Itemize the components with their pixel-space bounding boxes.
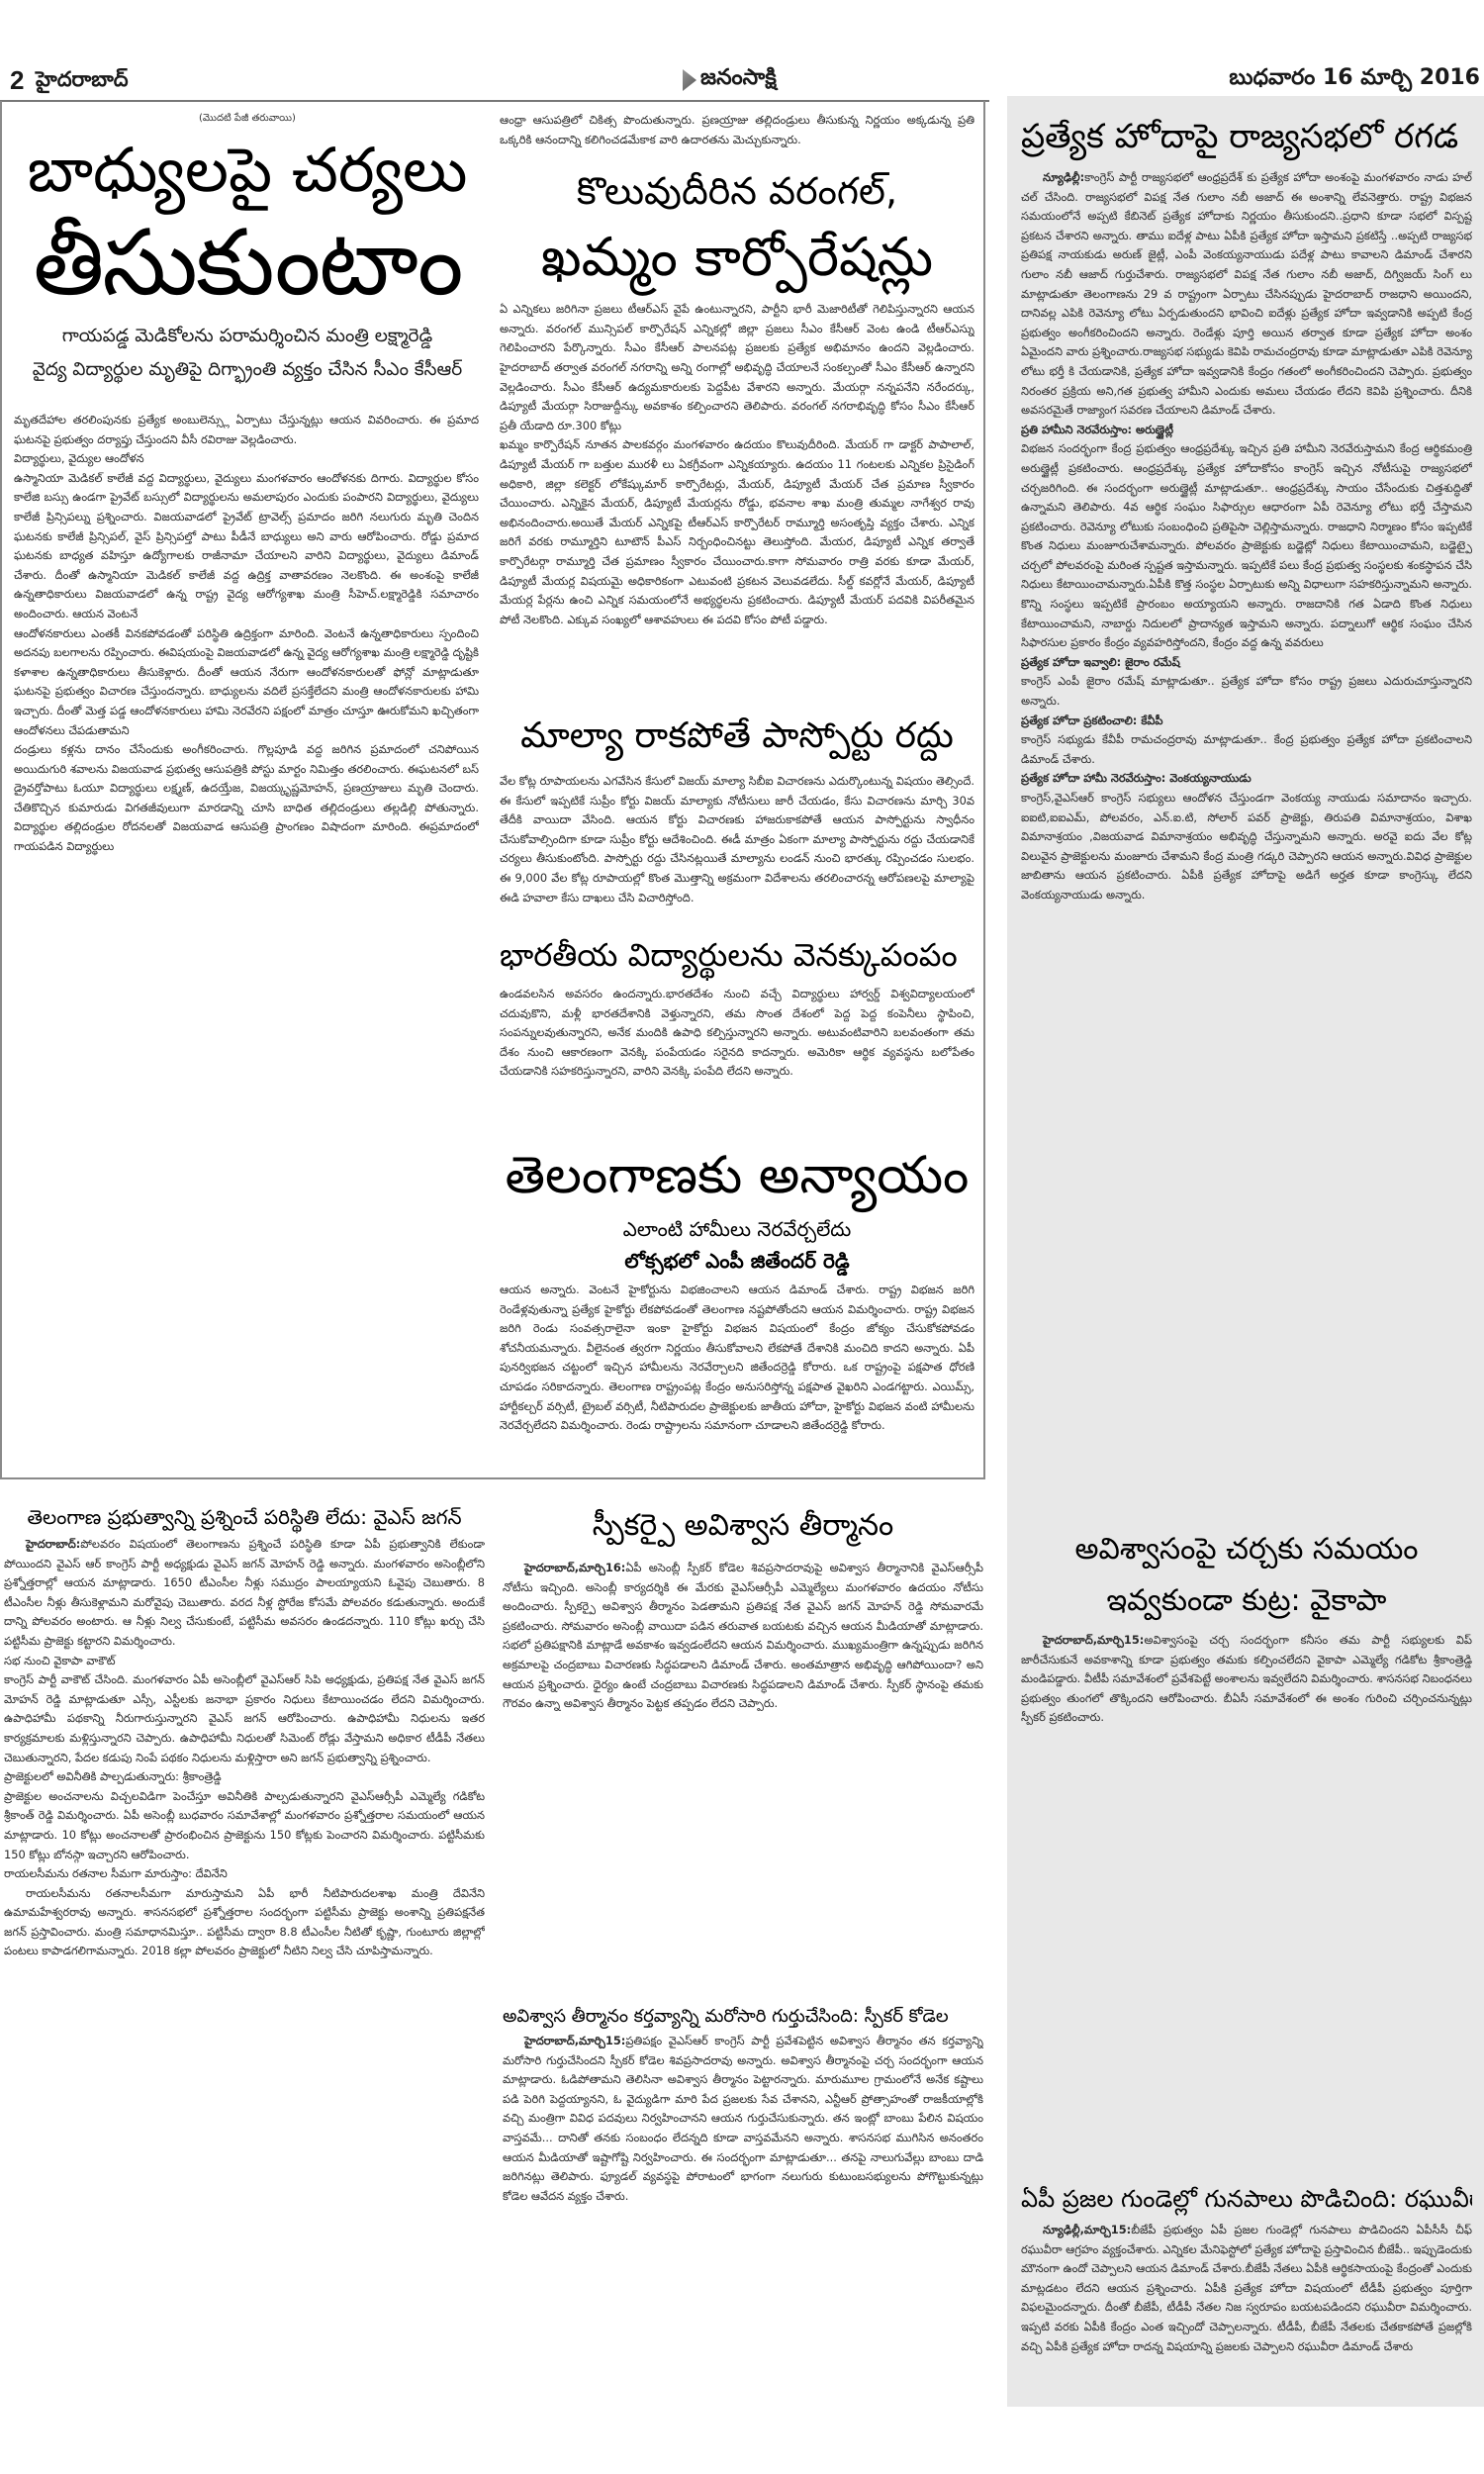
subsection-body-kvp: కాంగ్రెస్ సభ్యుడు కేవీపీ రామచంద్రరావు మా… xyxy=(1021,730,1472,769)
logo-mark-icon xyxy=(683,69,696,91)
rajyasabha-headline: ప్రత్యేక హోదాపై రాజ్యసభలో రగడ xyxy=(1021,109,1472,164)
rajyasabha-para-1: కాంగ్రెస్ పార్టీ రాజ్యసభలో ఆంధ్రప్రదేశ్ … xyxy=(1021,170,1472,417)
lead-para-2: ఉస్మానియా మెడికల్ కాలేజీ వద్ద విద్యార్థు… xyxy=(14,469,479,624)
jagan-para-2: కాంగ్రెస్ పార్టీ వాకౌట్ చేసింది. మంగళవార… xyxy=(4,1670,485,1767)
speaker-story: స్పీకర్పై అవిశ్వాస తీర్మానం హైదరాబాద్,మా… xyxy=(503,1499,983,1974)
lead-subsection-title: విద్యార్థులు, వైద్యుల ఆందోళన xyxy=(14,449,479,469)
subsection-body-jaitley: విభజన సందర్భంగా కేంద్ర ప్రభుత్వం ఆంధ్రప్… xyxy=(1021,439,1472,653)
middle-top-column: ఆంధ్రా ఆసుపత్రిలో చికిత్స పొందుతున్నారు.… xyxy=(500,111,974,656)
logo-text: జనంసాక్షి xyxy=(700,65,777,95)
corporations-body: ఏ ఎన్నికలు జరిగినా ప్రజలు టీఆర్ఎస్ వైపే … xyxy=(500,300,974,656)
jagan-headline: తెలంగాణ ప్రభుత్వాన్ని ప్రశ్నించే పరిస్థి… xyxy=(4,1499,485,1535)
telangana-subhead-2: లోక్సభలో ఎంపీ జితేందర్ రెడ్డి xyxy=(500,1245,974,1277)
no-confidence-dateline: హైదరాబాద్,మార్చి15: xyxy=(1043,1633,1144,1647)
middle-continuation: ఆంధ్రా ఆసుపత్రిలో చికిత్స పొందుతున్నారు.… xyxy=(500,111,974,149)
no-confidence-headline-1: అవిశ్వాసంపై చర్చకు సమయం xyxy=(1021,1524,1472,1575)
speaker-dateline: హైదరాబాద్,మార్చి16: xyxy=(524,1561,625,1574)
corporations-para-1: ఏ ఎన్నికలు జరిగినా ప్రజలు టీఆర్ఎస్ వైపే … xyxy=(500,300,974,435)
kodela-dateline: హైదరాబాద్,మార్చి15: xyxy=(524,2034,625,2047)
mallya-story: మాల్యా రాకపోతే పాస్పోర్టు రద్దు వేల కోట్… xyxy=(500,705,974,907)
kodela-headline: అవిశ్వాస తీర్మానం కర్తవ్యాన్ని మరోసారి గ… xyxy=(503,2002,983,2032)
lead-headline-line2: తీసుకుంటాం xyxy=(10,211,485,316)
issue-date: బుధవారం 16 మార్చి 2016 xyxy=(1229,65,1480,95)
raghuveera-body: న్యూఢిల్లీ,మార్చి15:బీజేపీ ప్రభుత్వం ఏపీ… xyxy=(1021,2221,1472,2356)
jagan-body: హైదరాబాద్:పోలవరం విషయంలో తెలంగాణను ప్రశ్… xyxy=(4,1535,485,1961)
no-confidence-headline-2: ఇవ్వకుండా కుట్ర: వైకాపా xyxy=(1021,1575,1472,1627)
no-confidence-time-story: అవిశ్వాసంపై చర్చకు సమయం ఇవ్వకుండా కుట్ర:… xyxy=(1021,1524,1472,1728)
lead-para-3: ఆందోళనకారులు ఎంతకీ వినకపోవడంతో పరిస్థితి… xyxy=(14,624,479,741)
masthead: 2 హైదరాబాద్ జనంసాక్షి బుధవారం 16 మార్చి … xyxy=(0,61,1484,99)
subsection-body-venkaiah: కాంగ్రెస్,వైఎస్ఆర్ కాంగ్రెస్ సభ్యులు ఆంద… xyxy=(1021,789,1472,905)
mallya-body: వేల కోట్ల రూపాయలను ఎగవేసిన కేసులో విజయ్ … xyxy=(500,772,974,907)
corporations-headline-line1: కొలువుదీరిన వరంగల్, xyxy=(500,163,974,219)
kodela-body: హైదరాబాద్,మార్చి15:ప్రతిపక్షం వైఎస్ఆర్ క… xyxy=(503,2032,983,2206)
raghuveera-text: బీజేపీ ప్రభుత్వం ఏపీ ప్రజల గుండెల్లో గున… xyxy=(1021,2223,1472,2353)
kodela-text: ప్రతిపక్షం వైఎస్ఆర్ కాంగ్రెస్ పార్టీ ప్ర… xyxy=(503,2034,983,2203)
mallya-headline: మాల్యా రాకపోతే పాస్పోర్టు రద్దు xyxy=(500,705,974,768)
raghuveera-story: ఏపీ ప్రజల గుండెల్లో గునపాలు పొడిచింది: ర… xyxy=(1021,2177,1472,2356)
speaker-body: హైదరాబాద్,మార్చి16:ఏపీ అసెంబ్లీ స్పీకర్ … xyxy=(503,1559,983,1974)
jagan-subsection-devineni: రాయలసీమను రతనాల సీమగా మారుస్తాం: దేవినేన… xyxy=(4,1864,485,1884)
subsection-body-jairam: కాంగ్రెస్ ఎంపీ జైరాం రమేష్ మాట్లాడుతూ.. … xyxy=(1021,672,1472,711)
jagan-para-1: పోలవరం విషయంలో తెలంగాణను ప్రశ్నించే పరిస… xyxy=(4,1537,485,1648)
newspaper-logo: జనంసాక్షి xyxy=(683,65,777,95)
speaker-text: ఏపీ అసెంబ్లీ స్పీకర్ కోడెల శివప్రసాదరావు… xyxy=(503,1561,983,1710)
lead-para-4: దండ్రులు కళ్లను దానం చేసేందుకు అంగీకరించ… xyxy=(14,740,479,857)
lead-subhead-1: గాయపడ్డ మెడికోలను పరామర్శించిన మంత్రి లక… xyxy=(10,322,485,351)
no-confidence-body: హైదరాబాద్,మార్చి15:అవిశ్వాసంపై చర్చ సందర… xyxy=(1021,1631,1472,1728)
raghuveera-headline: ఏపీ ప్రజల గుండెల్లో గునపాలు పొడిచింది: ర… xyxy=(1021,2177,1472,2221)
telangana-headline: తెలంగాణకు అన్యాయం xyxy=(500,1138,974,1213)
students-story: భారతీయ విద్యార్థులను వెనక్కుపంపం ఉండవలసి… xyxy=(500,925,974,1163)
telangana-body: ఆయన అన్నారు. వెంటనే హైకోర్టును విభజించాల… xyxy=(500,1281,974,1436)
jagan-story: తెలంగాణ ప్రభుత్వాన్ని ప్రశ్నించే పరిస్థి… xyxy=(4,1499,485,2410)
rajyasabha-body: న్యూఢిల్లీ:కాంగ్రెస్ పార్టీ రాజ్యసభలో ఆం… xyxy=(1021,168,1472,905)
jagan-para-3: ప్రాజెక్టుల అంచనాలను విచ్చలవిడిగా పెంచేస… xyxy=(4,1787,485,1864)
raghuveera-dateline: న్యూఢిల్లీ,మార్చి15: xyxy=(1043,2223,1131,2236)
subsection-title-jaitley: ప్రతి హామీని నెరవేరుస్తాం: అరుణ్జైట్లీ xyxy=(1021,421,1472,440)
rajyasabha-dateline: న్యూఢిల్లీ: xyxy=(1043,170,1084,184)
lead-headline-line1: బాధ్యులపై చర్యలు xyxy=(10,130,485,211)
subsection-title-venkaiah: ప్రత్యేక హోదా హామీ నెరవేరుస్తాం: వెంకయ్య… xyxy=(1021,769,1472,789)
rajyasabha-story: ప్రత్యేక హోదాపై రాజ్యసభలో రగడ న్యూఢిల్లీ… xyxy=(1021,109,1472,905)
continued-kicker: (మొదటి పేజీ తరువాయి) xyxy=(10,112,485,126)
jagan-dateline: హైదరాబాద్: xyxy=(26,1537,80,1551)
corporations-headline-line2: ఖమ్మం కార్పోరేషన్లు xyxy=(500,219,974,296)
students-body: ఉండవలసిన అవసరం ఉందన్నారు.భారతదేశం నుంచి … xyxy=(500,985,974,1163)
section-name: హైదరాబాద్ xyxy=(36,67,129,97)
lead-para-1: మృతదేహాల తరలింపునకు ప్రత్యేక అంబులెన్స్ల… xyxy=(14,411,479,449)
subsection-title-jairam: ప్రత్యేక హోదా ఇవ్వాలి: జైరాం రమేష్ xyxy=(1021,653,1472,673)
jagan-para-4: రాయలసీమను రతనాలసీమగా మారుస్తామని ఏపీ భార… xyxy=(4,1884,485,1961)
telangana-story: తెలంగాణకు అన్యాయం ఎలాంటి హామీలు నెరవేర్చ… xyxy=(500,1138,974,1436)
speaker-headline: స్పీకర్పై అవిశ్వాస తీర్మానం xyxy=(503,1499,983,1553)
lead-subhead-2: వైద్య విద్యార్థుల మృతిపై దిగ్భ్రాంతి వ్య… xyxy=(10,355,485,385)
kodela-story: అవిశ్వాస తీర్మానం కర్తవ్యాన్ని మరోసారి గ… xyxy=(503,2002,983,2408)
corporations-para-2: ఖమ్మం కార్పొరేషన్ నూతన పాలకవర్గం మంగళవార… xyxy=(500,435,974,629)
telangana-subhead-1: ఎలాంటి హామీలు నెరవేర్చలేదు xyxy=(500,1213,974,1245)
students-headline: భారతీయ విద్యార్థులను వెనక్కుపంపం xyxy=(500,925,974,985)
jagan-subsection-walkout: సభ నుంచి వైకాపా వాకౌట్ xyxy=(4,1652,485,1671)
lead-story-body: మృతదేహాల తరలింపునకు ప్రత్యేక అంబులెన్స్ల… xyxy=(14,411,479,1470)
subsection-title-kvp: ప్రత్యేక హోదా ప్రకటించాలి: కేవీపీ xyxy=(1021,712,1472,731)
page-number: 2 xyxy=(10,65,24,96)
jagan-subsection-srikanth: ప్రాజెక్టులలో అవినీతికి పాల్పడుతున్నారు:… xyxy=(4,1767,485,1787)
lead-story-header: (మొదటి పేజీ తరువాయి) బాధ్యులపై చర్యలు తీ… xyxy=(10,112,485,385)
